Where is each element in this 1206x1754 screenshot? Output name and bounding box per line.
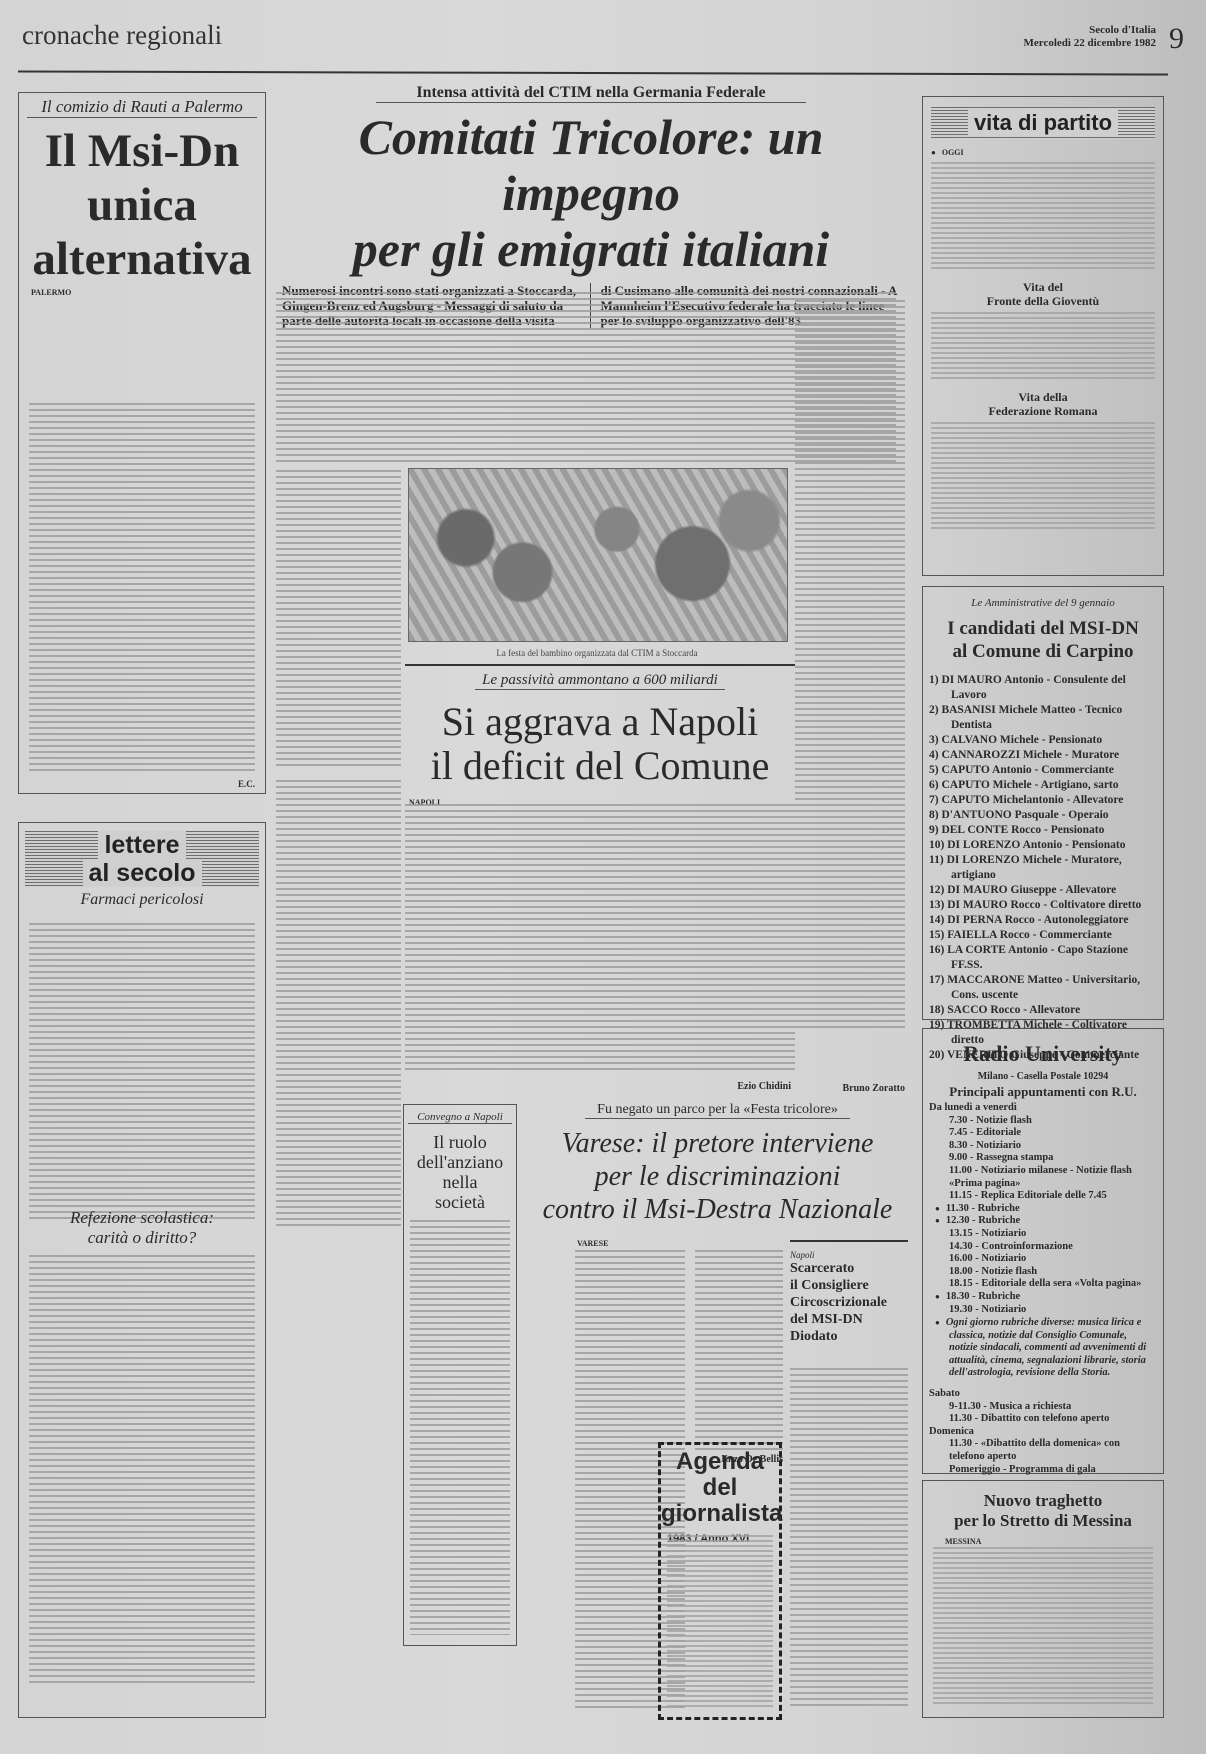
headline-line: Comitati Tricolore: un impegno [276, 109, 906, 221]
candidate-item: 17) MACCARONE Matteo - Universitario, Co… [929, 973, 1155, 1003]
saturday-item: 11.30 - Dibattito con telefono aperto [929, 1413, 1157, 1426]
byline: Bruno Zoratto [795, 1083, 905, 1094]
letter-body [29, 1255, 255, 1687]
fronte-entries [931, 312, 1155, 380]
rule [405, 664, 795, 666]
agenda-title: Agenda del giornalista [661, 1449, 779, 1527]
headline: Il ruolo dell'anziano nella società [404, 1132, 516, 1212]
schedule-item: 12.30 - Rubriche [929, 1215, 1157, 1228]
radio-address: Milano - Casella Postale 10294 [923, 1071, 1163, 1082]
headline-line: contro il Msi-Destra Nazionale [525, 1193, 910, 1226]
schedule-item: 13.15 - Notiziario [929, 1228, 1157, 1241]
radio-title: Radio University [923, 1041, 1163, 1067]
agenda-title-line: Agenda del [661, 1449, 779, 1501]
radio-university: Radio University Milano - Casella Postal… [922, 1028, 1164, 1474]
candidate-item: 13) DI MAURO Rocco - Coltivatore diretto [929, 898, 1155, 913]
oggi-label: OGGI [931, 147, 1155, 160]
candidate-item: 3) CALVANO Michele - Pensionato [929, 733, 1155, 748]
fronte-title: Vita del Fronte della Gioventù [923, 280, 1163, 308]
federazione-entries [931, 422, 1155, 532]
federazione-title-line: Federazione Romana [923, 404, 1163, 418]
candidate-item: 11) DI LORENZO Michele - Muratore, artig… [929, 853, 1155, 883]
candidate-item: 8) D'ANTUONO Pasquale - Operaio [929, 808, 1155, 823]
schedule-item: 18.30 - Rubriche [929, 1291, 1157, 1304]
candidate-item: 7) CAPUTO Michelantonio - Allevatore [929, 793, 1155, 808]
candidate-item: 18) SACCO Rocco - Allevatore [929, 1003, 1155, 1018]
kicker: Napoli [790, 1250, 908, 1260]
body-text [695, 1250, 783, 1450]
schedule-item: 11.15 - Replica Editoriale delle 7.45 [929, 1190, 1157, 1203]
schedule-item: 9.00 - Rassegna stampa [929, 1152, 1157, 1165]
issue-date: Mercoledì 22 dicembre 1982 [1024, 37, 1156, 50]
letters-section: lettere al secolo Farmaci pericolosi Ref… [18, 822, 266, 1718]
oggi-text: OGGI [942, 148, 964, 157]
vita-entries [931, 162, 1155, 272]
letter-title-line: Refezione scolastica: [19, 1208, 265, 1228]
headline: Si aggrava a Napoli il deficit del Comun… [405, 700, 795, 788]
headline-line: nella [404, 1172, 516, 1192]
schedule-item: 7.30 - Notizie flash [929, 1115, 1157, 1128]
candidate-item: 14) DI PERNA Rocco - Autonoleggiatore [929, 913, 1155, 928]
agenda-body [667, 1535, 773, 1709]
headline-line: il deficit del Comune [405, 744, 795, 788]
letters-title-line: al secolo [83, 859, 202, 887]
body-text [29, 403, 255, 773]
headline-line: Scarcerato [790, 1260, 908, 1277]
dateline: VARESE [577, 1239, 608, 1248]
body-text [795, 300, 905, 1030]
candidate-item: 15) FAIELLA Rocco - Commerciante [929, 928, 1155, 943]
headline: Il Msi-Dn unica alternativa [19, 124, 265, 286]
radio-schedule: Da lunedì a venerdì 7.30 - Notizie flash… [929, 1102, 1157, 1476]
headline-line: al Comune di Carpino [923, 640, 1163, 663]
schedule-item: 11.00 - Notiziario milanese - Notizie fl… [929, 1165, 1157, 1190]
candidate-item: 10) DI LORENZO Antonio - Pensionato [929, 838, 1155, 853]
headline-line: Il ruolo [404, 1132, 516, 1152]
schedule-item: 11.30 - Rubriche [929, 1203, 1157, 1216]
schedule-item: 8.30 - Notiziario [929, 1140, 1157, 1153]
vita-title: vita di partito [931, 107, 1155, 139]
agenda-title-line: giornalista [661, 1501, 779, 1527]
signoff: E.C. [238, 779, 255, 789]
body-text [790, 1368, 908, 1710]
rule [790, 1240, 908, 1242]
headline: Nuovo traghetto per lo Stretto di Messin… [923, 1491, 1163, 1531]
headline-line: Nuovo traghetto [923, 1491, 1163, 1511]
headline-line: Circoscrizionale [790, 1294, 908, 1311]
article-palermo: Il comizio di Rauti a Palermo Il Msi-Dn … [18, 92, 266, 794]
headline-line: per le discriminazioni [525, 1160, 910, 1193]
headline-line: Varese: il pretore interviene [525, 1127, 910, 1160]
article-traghetto: Nuovo traghetto per lo Stretto di Messin… [922, 1480, 1164, 1718]
schedule-item: 16.00 - Notiziario [929, 1253, 1157, 1266]
kicker: Intensa attività del CTIM nella Germania… [376, 84, 806, 103]
schedule-item: 18.15 - Editoriale della sera «Volta pag… [929, 1278, 1157, 1291]
schedule-item: 18.00 - Notizie flash [929, 1266, 1157, 1279]
saturday-item: 9-11.30 - Musica a richiesta [929, 1401, 1157, 1414]
federazione-title: Vita della Federazione Romana [923, 390, 1163, 418]
headline-line: dell'anziano [404, 1152, 516, 1172]
photo-caption: La festa del bambino organizzata dal CTI… [408, 648, 786, 658]
letters-title: lettere al secolo [25, 831, 259, 887]
body-text [410, 1220, 510, 1635]
letter-title: Refezione scolastica: carità o diritto? [19, 1208, 265, 1248]
headline-line: il Consigliere [790, 1277, 908, 1294]
candidate-item: 5) CAPUTO Antonio - Commerciante [929, 763, 1155, 778]
article-diodato: Napoli Scarcerato il Consigliere Circosc… [790, 1240, 908, 1720]
headline-line: per gli emigrati italiani [276, 221, 906, 277]
body-text [276, 470, 401, 770]
headline-line: Si aggrava a Napoli [405, 700, 795, 744]
body-text [933, 1547, 1153, 1707]
radio-subtitle: Principali appuntamenti con R.U. [923, 1084, 1163, 1100]
headline: Scarcerato il Consigliere Circoscriziona… [790, 1260, 908, 1345]
agenda-ad: Agenda del giornalista 1983 / Anno XVI [658, 1442, 782, 1720]
fronte-title-line: Fronte della Gioventù [923, 294, 1163, 308]
fronte-title-line: Vita del [923, 280, 1163, 294]
dateline: PALERMO [31, 288, 253, 297]
letter-title-line: carità o diritto? [19, 1228, 265, 1248]
kicker: Il comizio di Rauti a Palermo [27, 97, 257, 118]
headline-line: alternativa [19, 232, 265, 286]
headline-line: per lo Stretto di Messina [923, 1511, 1163, 1531]
headline: I candidati del MSI-DN al Comune di Carp… [923, 617, 1163, 663]
vita-di-partito: vita di partito OGGI Vita del Fronte del… [922, 96, 1164, 576]
sunday-item: Pomeriggio - Programma di gala [929, 1464, 1157, 1477]
body-text [276, 780, 401, 1230]
candidate-item: 4) CANNAROZZI Michele - Muratore [929, 748, 1155, 763]
dateline: MESSINA [945, 1537, 1163, 1546]
headline: Varese: il pretore interviene per le dis… [525, 1127, 910, 1226]
candidate-item: 1) DI MAURO Antonio - Consulente del Lav… [929, 673, 1155, 703]
kicker: Convegno a Napoli [408, 1111, 512, 1124]
kicker: Le Amministrative del 9 gennaio [923, 597, 1163, 609]
body-text [405, 804, 795, 1074]
weekday-list: 7.30 - Notizie flash7.45 - Editoriale8.3… [929, 1115, 1157, 1317]
candidati-box: Le Amministrative del 9 gennaio I candid… [922, 586, 1164, 1020]
letters-title-line: lettere [98, 831, 185, 859]
kicker: Le passività ammontano a 600 miliardi [475, 672, 725, 690]
candidate-list: 1) DI MAURO Antonio - Consulente del Lav… [929, 673, 1155, 1063]
article-anziano: Convegno a Napoli Il ruolo dell'anziano … [403, 1104, 517, 1646]
candidate-item: 12) DI MAURO Giuseppe - Allevatore [929, 883, 1155, 898]
candidate-item: 6) CAPUTO Michele - Artigiano, sarto [929, 778, 1155, 793]
schedule-item: 7.45 - Editoriale [929, 1127, 1157, 1140]
headline-line: Diodato [790, 1328, 908, 1345]
weekday-label: Da lunedì a venerdì [929, 1102, 1157, 1115]
headline-line: società [404, 1192, 516, 1212]
candidate-item: 9) DEL CONTE Rocco - Pensionato [929, 823, 1155, 838]
section-name: cronache regionali [22, 20, 222, 51]
sunday-item: 11.30 - «Dibattito della domenica» con t… [929, 1438, 1157, 1463]
candidate-item: 2) BASANISI Michele Matteo - Tecnico Den… [929, 703, 1155, 733]
headline: Comitati Tricolore: un impegno per gli e… [276, 109, 906, 277]
masthead-info: Secolo d'Italia Mercoledì 22 dicembre 19… [1024, 24, 1156, 50]
headline-line: I candidati del MSI-DN [923, 617, 1163, 640]
candidate-item: 16) LA CORTE Antonio - Capo Stazione FF.… [929, 943, 1155, 973]
radio-note: Ogni giorno rubriche diverse: musica lir… [929, 1317, 1157, 1380]
saturday-label: Sabato [929, 1388, 1157, 1401]
schedule-item: 14.30 - Controinformazione [929, 1241, 1157, 1254]
article-napoli: Le passività ammontano a 600 miliardi Si… [405, 664, 795, 1094]
letter-title: Farmaci pericolosi [19, 891, 265, 909]
schedule-item: 19.30 - Notiziario [929, 1304, 1157, 1317]
kicker: Fu negato un parco per la «Festa tricolo… [585, 1102, 850, 1119]
byline: Ezio Chidini [737, 1081, 791, 1092]
paper-name: Secolo d'Italia [1024, 24, 1156, 37]
page-number: 9 [1169, 22, 1184, 56]
federazione-title-line: Vita della [923, 390, 1163, 404]
headline-line: unica [19, 178, 265, 232]
photo [408, 468, 788, 642]
letter-body [29, 923, 255, 1223]
headline-line: del MSI-DN [790, 1311, 908, 1328]
vita-title-text: vita di partito [968, 110, 1118, 135]
headline-line: Il Msi-Dn [19, 124, 265, 178]
sunday-label: Domenica [929, 1426, 1157, 1439]
